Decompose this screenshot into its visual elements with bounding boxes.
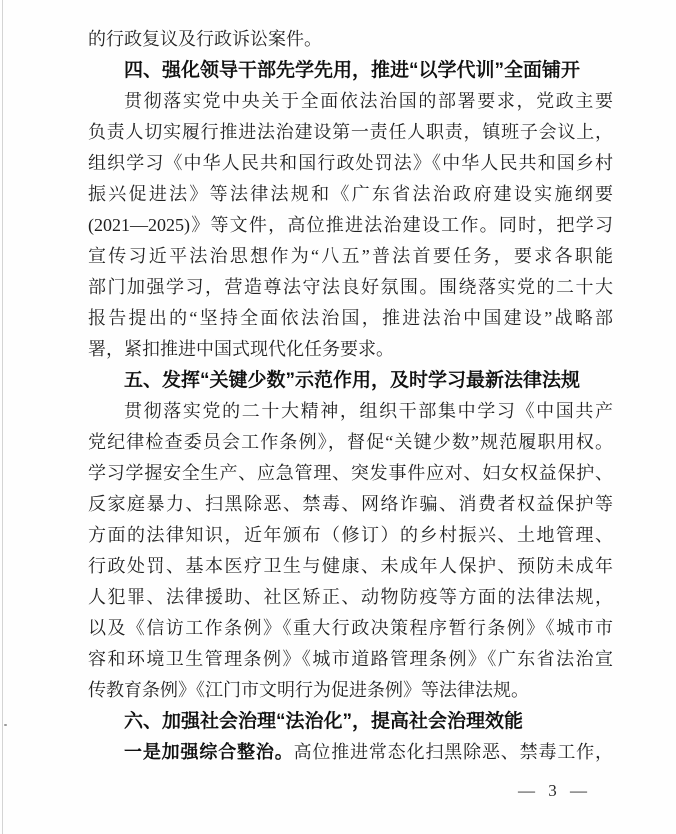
page-number: — 3 — — [518, 781, 589, 801]
text-line: 贯彻落实党中央关于全面依法治国的部署要求，党政主要 — [88, 86, 613, 117]
text-line: 党纪律检查委员会工作条例》，督促“关键少数”规范履职用权。 — [88, 427, 613, 458]
text-line: 的行政复议及行政诉讼案件。 — [88, 24, 613, 55]
scan-edge-artifact — [2, 0, 3, 834]
scan-speck-artifact — [4, 724, 7, 726]
document-page: 的行政复议及行政诉讼案件。四、强化领导干部先学先用，推进“以学代训”全面铺开贯彻… — [0, 0, 676, 834]
text-line: 学习学握安全生产、应急管理、突发事件应对、妇女权益保护、 — [88, 458, 613, 489]
bold-lead-text: 一是加强综合整治。 — [124, 742, 294, 762]
section-heading: 五、发挥“关键少数”示范作用，及时学习最新法律法规 — [88, 365, 613, 396]
section-heading: 六、加强社会治理“法治化”，提高社会治理效能 — [88, 706, 613, 737]
text-line: 贯彻落实党的二十大精神，组织干部集中学习《中国共产 — [88, 396, 613, 427]
text-line: 组织学习《中华人民共和国行政处罚法》《中华人民共和国乡村 — [88, 148, 613, 179]
text-line: 署，紧扣推进中国式现代化任务要求。 — [88, 334, 613, 365]
text-line: 部门加强学习，营造尊法守法良好氛围。围绕落实党的二十大 — [88, 272, 613, 303]
section-heading: 四、强化领导干部先学先用，推进“以学代训”全面铺开 — [88, 55, 613, 86]
text-line: 传教育条例》《江门市文明行为促进条例》等法律法规。 — [88, 675, 613, 706]
text-line: 一是加强综合整治。高位推进常态化扫黑除恶、禁毒工作， — [88, 737, 613, 768]
text-line: 行政处罚、基本医疗卫生与健康、未成年人保护、预防未成年 — [88, 551, 613, 582]
text-line: 方面的法律知识，近年颁布（修订）的乡村振兴、土地管理、 — [88, 520, 613, 551]
text-line: 容和环境卫生管理条例》《城市道路管理条例》《广东省法治宣 — [88, 644, 613, 675]
text-line: 报告提出的“坚持全面依法治国，推进法治中国建设”战略部 — [88, 303, 613, 334]
text-line: 人犯罪、法律援助、社区矫正、动物防疫等方面的法律法规， — [88, 582, 613, 613]
text-line: (2021—2025)》等文件，高位推进法治建设工作。同时，把学习 — [88, 210, 613, 241]
text-line: 负责人切实履行推进法治建设第一责任人职责，镇班子会议上， — [88, 117, 613, 148]
text-line: 反家庭暴力、扫黑除恶、禁毒、网络诈骗、消费者权益保护等 — [88, 489, 613, 520]
document-lines: 的行政复议及行政诉讼案件。四、强化领导干部先学先用，推进“以学代训”全面铺开贯彻… — [88, 24, 613, 768]
text-line: 振兴促进法》等法律法规和《广东省法治政府建设实施纲要 — [88, 179, 613, 210]
text-line: 宣传习近平法治思想作为“八五”普法首要任务，要求各职能 — [88, 241, 613, 272]
text-line: 以及《信访工作条例》《重大行政决策程序暂行条例》《城市市 — [88, 613, 613, 644]
